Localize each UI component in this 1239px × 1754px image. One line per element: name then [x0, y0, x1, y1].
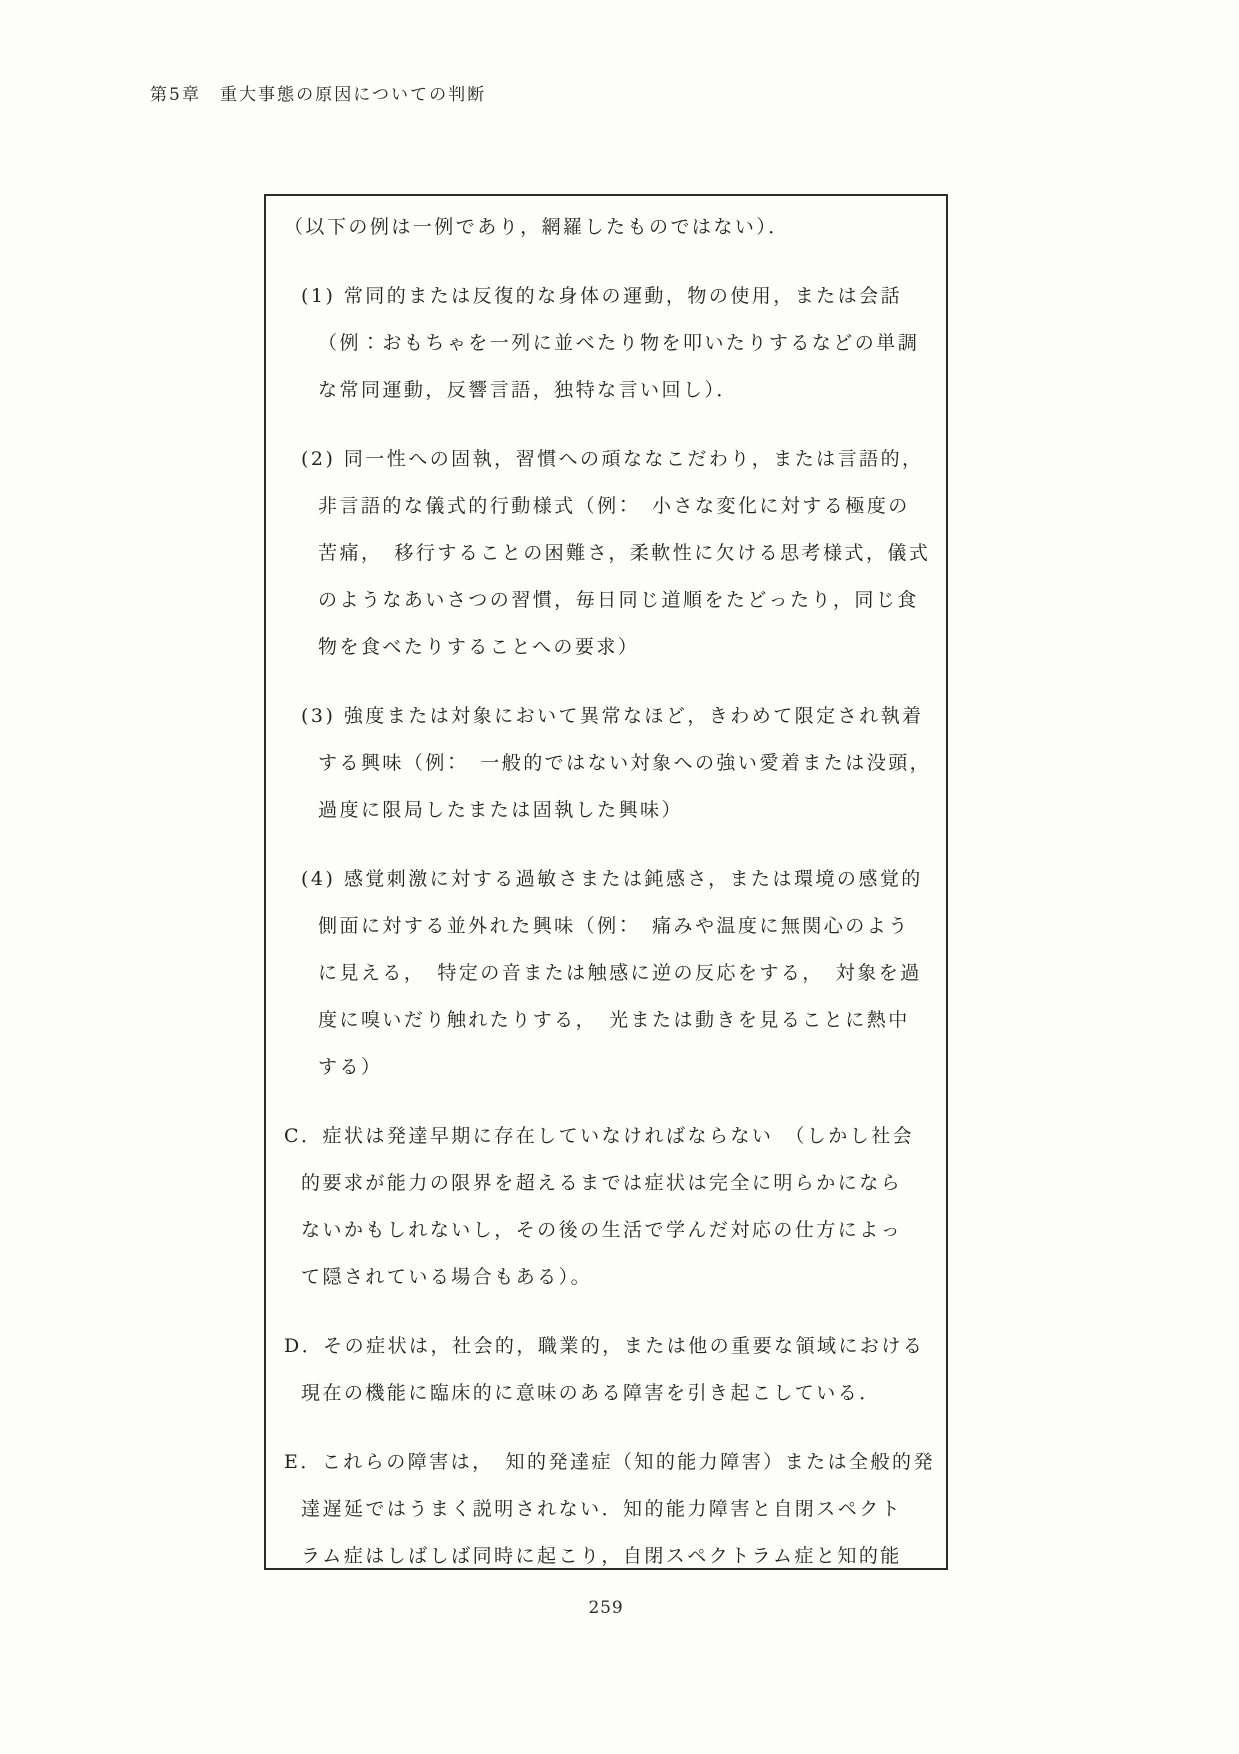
- text-line: ラム症はしばしば同時に起こり，自閉スペクトラム症と知的能: [266, 1533, 946, 1580]
- text-line: 過度に限局したまたは固執した興味）: [266, 787, 946, 834]
- text-line: (3) 強度または対象において異常なほど，きわめて限定され執着: [266, 693, 946, 740]
- text-line: （例：おもちゃを一列に並べたり物を叩いたりするなどの単調: [266, 320, 946, 367]
- text-line: 苦痛， 移行することの困難さ，柔軟性に欠ける思考様式，儀式: [266, 530, 946, 577]
- text-line: D．その症状は，社会的，職業的，または他の重要な領域における: [266, 1323, 946, 1370]
- text-line: 物を食べたりすることへの要求）: [266, 624, 946, 671]
- text-line: に見える， 特定の音または触感に逆の反応をする， 対象を過: [266, 950, 946, 997]
- chapter-running-header: 第5章 重大事態の原因についての判断: [150, 80, 486, 105]
- text-line: (1) 常同的または反復的な身体の運動，物の使用，または会話: [266, 273, 946, 320]
- text-line: 非言語的な儀式的行動様式（例： 小さな変化に対する極度の: [266, 483, 946, 530]
- page-number: 259: [264, 1598, 948, 1618]
- text-line: 現在の機能に臨床的に意味のある障害を引き起こしている．: [266, 1370, 946, 1417]
- diagnostic-criteria-box: （以下の例は一例であり，網羅したものではない）．(1) 常同的または反復的な身体…: [264, 194, 948, 1570]
- text-line: する）: [266, 1044, 946, 1091]
- scanned-document-page: 第5章 重大事態の原因についての判断 （以下の例は一例であり，網羅したものではな…: [0, 0, 1239, 1754]
- text-line: (4) 感覚刺激に対する過敏さまたは鈍感さ，または環境の感覚的: [266, 856, 946, 903]
- text-line: て隠されている場合もある）。: [266, 1254, 946, 1301]
- text-line: (2) 同一性への固執，習慣への頑ななこだわり，または言語的，: [266, 436, 946, 483]
- text-line: のようなあいさつの習慣，毎日同じ道順をたどったり，同じ食: [266, 577, 946, 624]
- text-line: E．これらの障害は， 知的発達症（知的能力障害）または全般的発: [266, 1439, 946, 1486]
- text-line: 側面に対する並外れた興味（例： 痛みや温度に無関心のよう: [266, 903, 946, 950]
- text-line: 的要求が能力の限界を超えるまでは症状は完全に明らかになら: [266, 1160, 946, 1207]
- text-line: （以下の例は一例であり，網羅したものではない）．: [266, 204, 946, 251]
- text-line: 度に嗅いだり触れたりする， 光または動きを見ることに熱中: [266, 997, 946, 1044]
- text-line: な常同運動，反響言語，独特な言い回し）．: [266, 367, 946, 414]
- text-line: ないかもしれないし，その後の生活で学んだ対応の仕方によっ: [266, 1207, 946, 1254]
- text-line: する興味（例： 一般的ではない対象への強い愛着または没頭，: [266, 740, 946, 787]
- criteria-text-lines: （以下の例は一例であり，網羅したものではない）．(1) 常同的または反復的な身体…: [266, 204, 946, 1580]
- text-line: 達遅延ではうまく説明されない．知的能力障害と自閉スペクト: [266, 1486, 946, 1533]
- text-line: C．症状は発達早期に存在していなければならない （しかし社会: [266, 1113, 946, 1160]
